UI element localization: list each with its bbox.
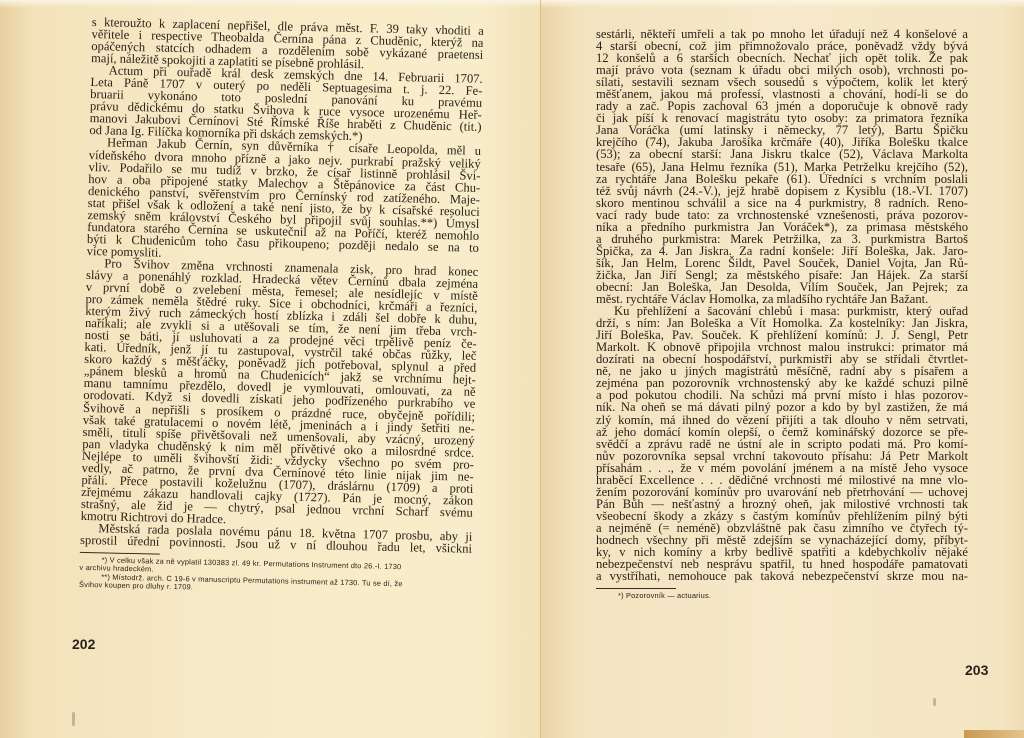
text-line: a vystříhati, nemohouce pak taková nebez… (596, 570, 968, 582)
text-line: svědčí a zprávu radě ne ústní ale in scr… (596, 438, 968, 450)
footnotes: *) V celku však za ně vyplatil 130383 zl… (79, 556, 472, 599)
text-line: za rychtáře Jana Bolešku pekaře (61). Úř… (596, 173, 968, 185)
text-line: přísahám . . ., že v mém povolání jménem… (596, 462, 968, 474)
footnote-line: *) Pozorovník — actuarius. (596, 592, 968, 600)
right-page-body: sestárli, někteří umřeli a tak po mnoho … (596, 28, 968, 601)
page-number-right: 203 (965, 662, 988, 678)
text-line: tesaře (65), Jana Helmu řezníka (51), Ma… (596, 161, 968, 173)
text-line: ník. Na oheň se má dávati pilný pozor a … (596, 401, 968, 413)
text-line: nův pozorovníka sepsal vrchní takovouto … (596, 450, 968, 462)
book-spread: s kteroužto k zaplacení nepřišel, dle pr… (0, 0, 1024, 738)
page-shading (541, 0, 1024, 8)
text-line: zlý komín, má ihned do vězení přijíti a … (596, 414, 968, 426)
footnote-divider (80, 552, 160, 555)
text-line: (53); za obecní starší: Jana Jiskru tkal… (596, 148, 968, 160)
page-number-left: 202 (72, 636, 95, 652)
text-line: až jeho domácí komín olepší, o čemž komi… (596, 426, 968, 438)
footnotes: *) Pozorovník — actuarius. (596, 592, 968, 600)
page-shading (0, 0, 540, 8)
page-edge-strip (964, 730, 1024, 738)
text-line: níka a předního purkmistra Jan Voráček*)… (596, 221, 968, 233)
text-line: též svůj návrh (24.-V.), jejž hrabě dopi… (596, 185, 968, 197)
left-page: s kteroužto k zaplacení nepřišel, dle pr… (0, 0, 540, 738)
text-line: skoro mentinou schválil a sice na 4 purk… (596, 197, 968, 209)
footnote-divider (596, 588, 676, 589)
left-page-body: s kteroužto k zaplacení nepřišel, dle pr… (79, 16, 484, 598)
paper-smudge (72, 712, 75, 726)
right-page: sestárli, někteří umřeli a tak po mnoho … (540, 0, 1024, 738)
paper-smudge (933, 698, 936, 706)
text-line: vací rady bude tato: za vrchnostenské vz… (596, 209, 968, 221)
text-line: hraběcí Excellence . . . dědičné vrchnos… (596, 474, 968, 486)
